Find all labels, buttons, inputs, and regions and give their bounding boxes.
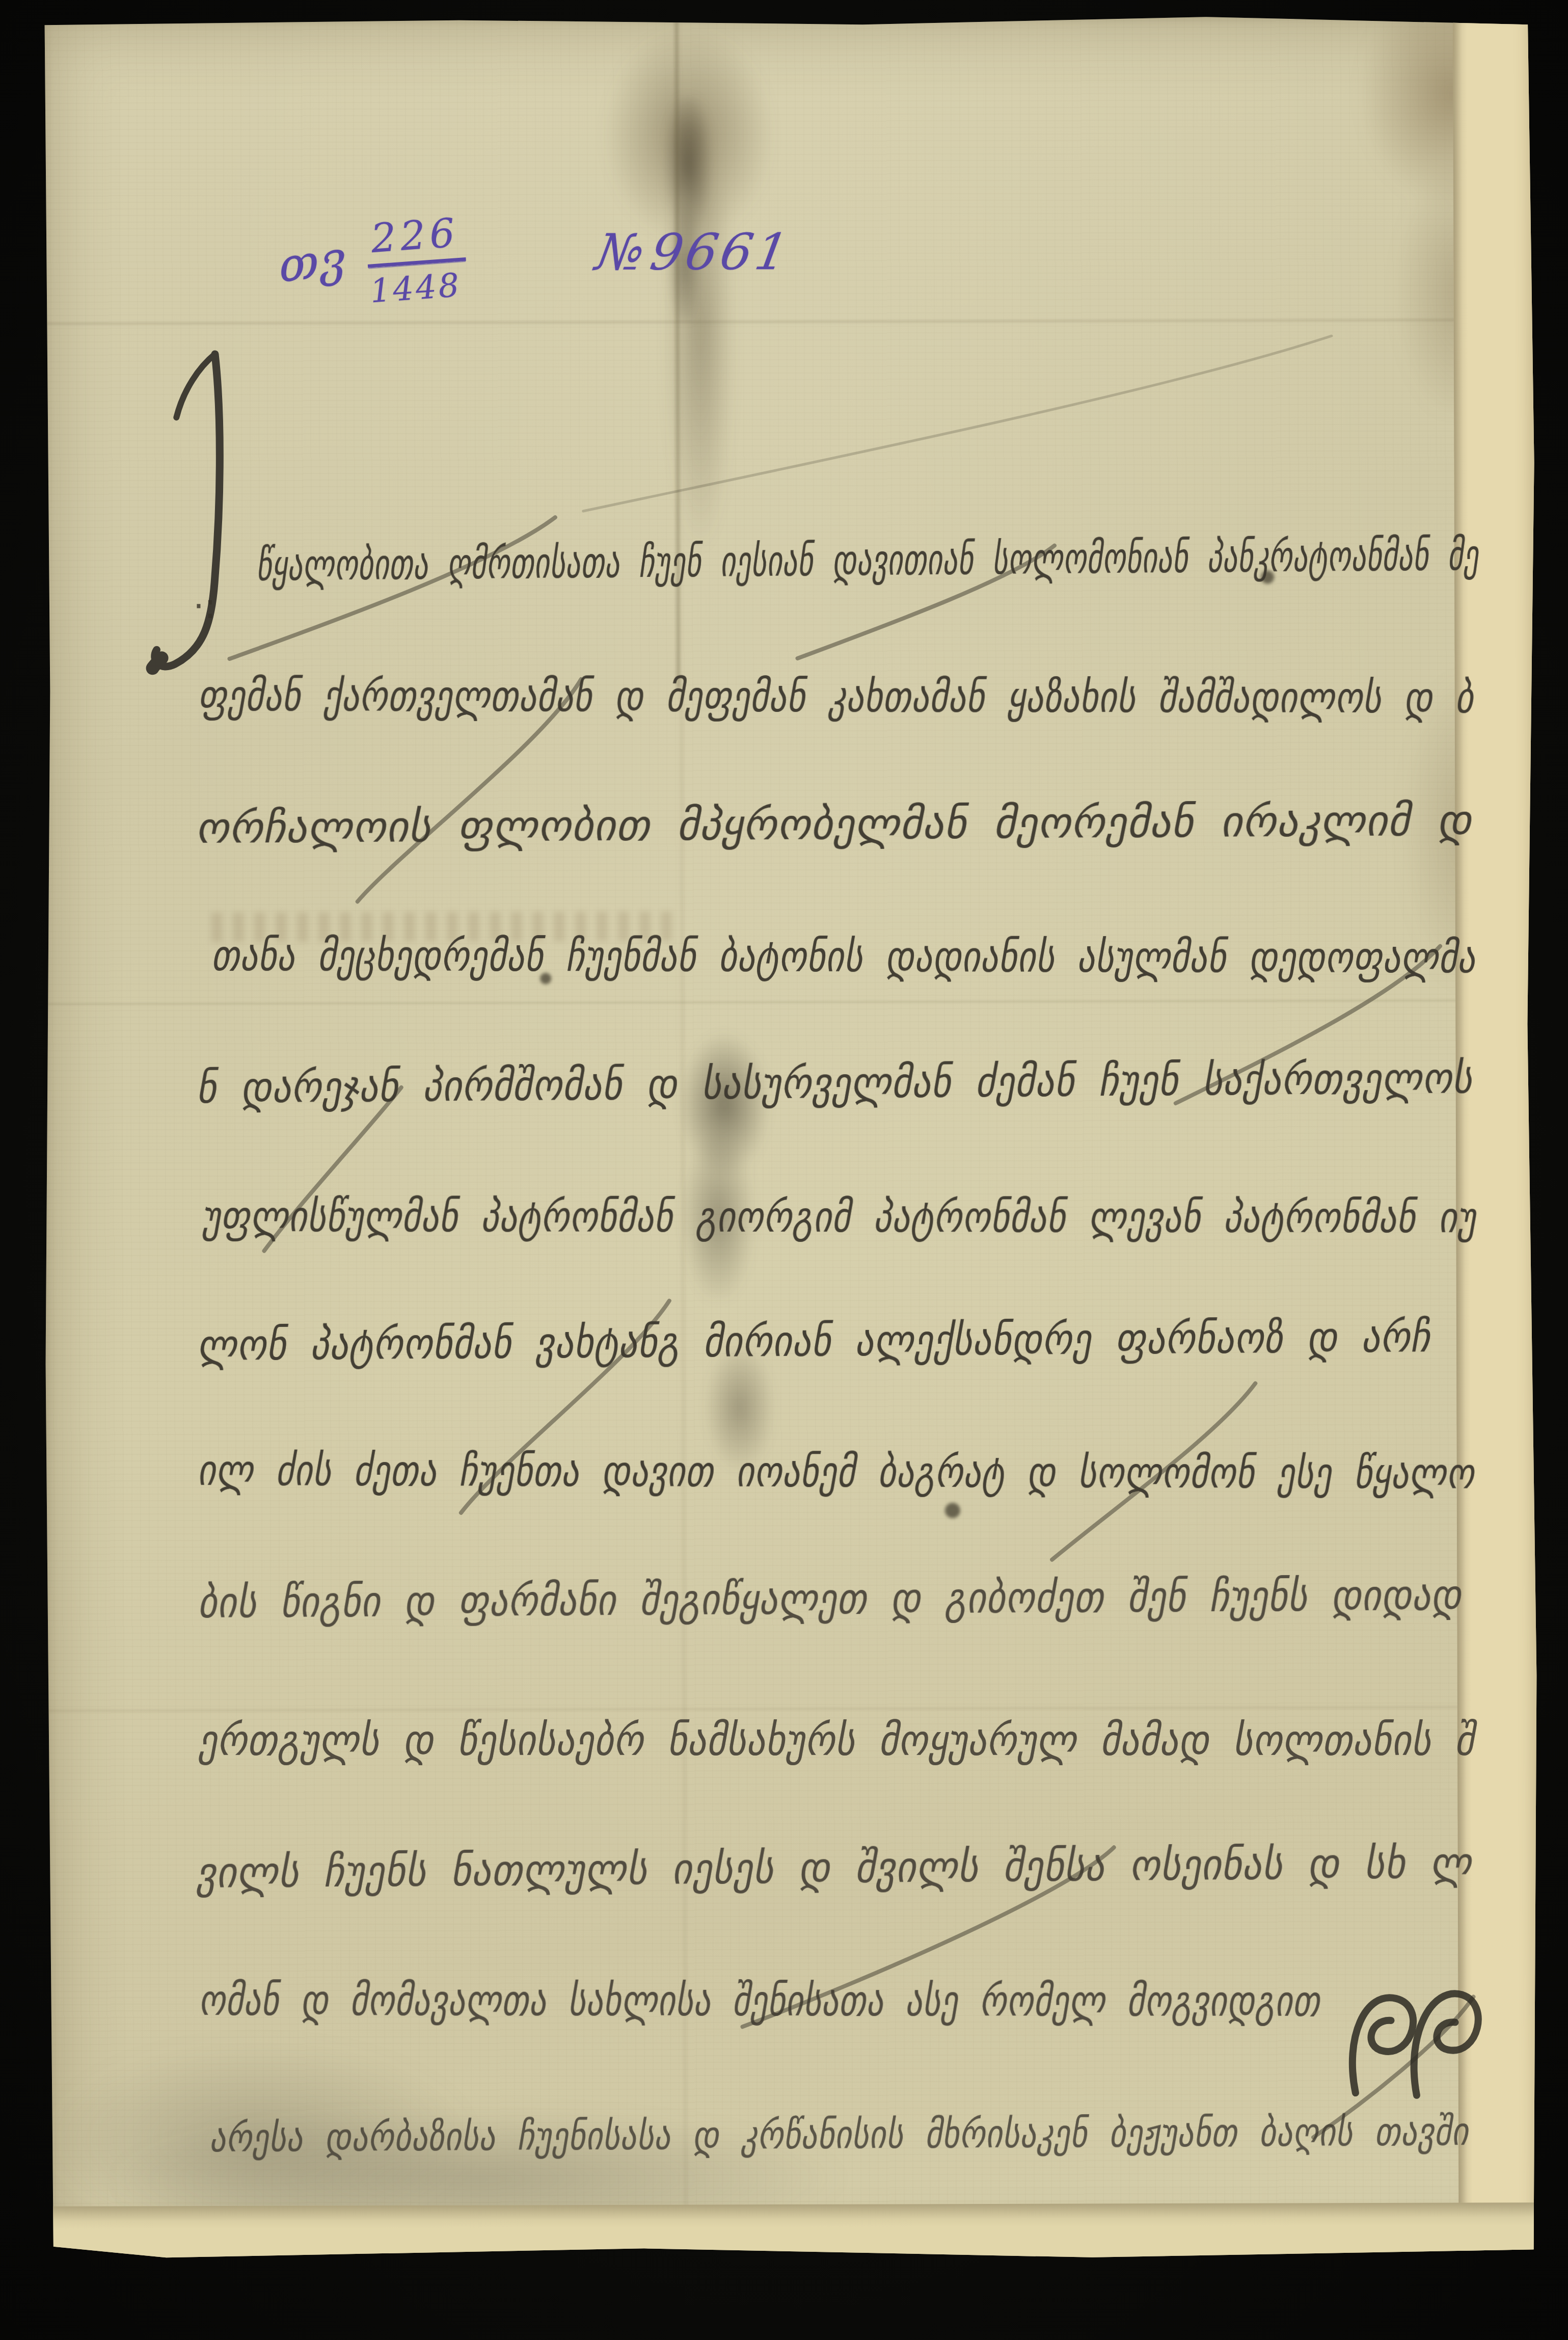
manuscript-text-block: წყალობითა ღმრთისათა ჩუენ იესიან დავითიან…: [41, 13, 1540, 2264]
manuscript-line: ილ ძის ძეთა ჩუენთა დავით იოანემ ბაგრატ დ…: [198, 1449, 1475, 1495]
manuscript-page: თვ 226 1448 №9661 ·: წყალობითა ღმრთისათა…: [41, 13, 1540, 2264]
manuscript-line: ფემან ქართველთამან დ მეფემან კახთამან ყა…: [198, 674, 1474, 719]
manuscript-line: არესა დარბაზისა ჩუენისასა დ კრწანისის მხ…: [209, 2112, 1469, 2158]
manuscript-line: ბის წიგნი დ ფარმანი შეგიწყალეთ დ გიბოძეთ…: [198, 1574, 1462, 1624]
manuscript-line: ორჩალოის ფლობით მპყრობელმან მეორემან ირა…: [196, 799, 1472, 849]
manuscript-line: ერთგულს დ წესისაებრ ნამსახურს მოყუარულ მ…: [198, 1719, 1474, 1762]
manuscript-line: უფლისწულმან პატრონმან გიორგიმ პატრონმან …: [202, 1195, 1476, 1239]
large-flourish: [1335, 1970, 1503, 2113]
manuscript-line: წყალობითა ღმრთისათა ჩუენ იესიან დავითიან…: [256, 534, 1479, 587]
manuscript-line: ნ დარეჯან პირმშომან დ სასურველმან ძემან …: [196, 1056, 1472, 1109]
manuscript-line: ვილს ჩუენს ნათლულს იესეს დ შვილს შენსა ო…: [196, 1841, 1472, 1894]
photo-background: თვ 226 1448 №9661 ·: წყალობითა ღმრთისათა…: [0, 0, 1568, 2340]
manuscript-line: ომან დ მომავალთა სახლისა შენისათა ასე რო…: [199, 1979, 1320, 2023]
manuscript-line: ლონ პატრონმან ვახტანგ მირიან ალექსანდრე …: [197, 1315, 1430, 1367]
manuscript-line: თანა მეცხედრემან ჩუენმან ბატონის დადიანი…: [211, 934, 1476, 979]
